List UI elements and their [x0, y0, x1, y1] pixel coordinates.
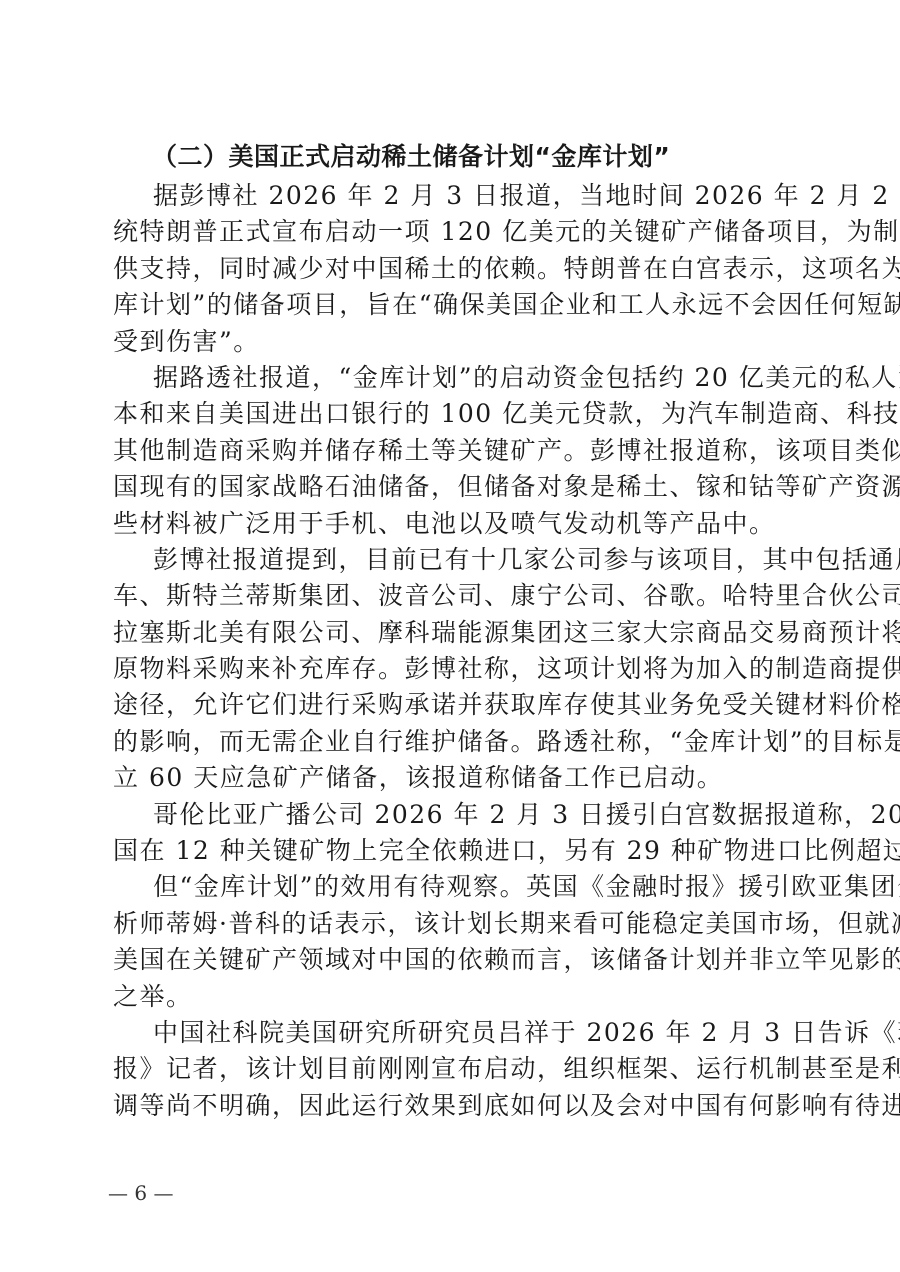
paragraph-2-line-2: 本和来自美国进出口银行的 100 亿美元贷款，为汽车制造商、科技公司及 — [113, 396, 789, 432]
paragraph-3-line-5: 途径，允许它们进行采购承诺并获取库存使其业务免受关键材料价格波动 — [113, 687, 789, 723]
paragraph-3-line-6: 的影响，而无需企业自行维护储备。路透社称，“金库计划”的目标是建 — [113, 724, 789, 760]
paragraph-1-line-5: 受到伤害”。 — [113, 324, 789, 360]
paragraph-5-line-4: 之举。 — [113, 979, 789, 1015]
paragraph-1-line-1: 据彭博社 2026 年 2 月 3 日报道，当地时间 2026 年 2 月 2 … — [113, 178, 789, 214]
paragraph-3-line-7: 立 60 天应急矿产储备，该报道称储备工作已启动。 — [113, 760, 789, 796]
paragraph-3-line-4: 原物料采购来补充库存。彭博社称，这项计划将为加入的制造商提供一种 — [113, 651, 789, 687]
paragraph-3-line-2: 车、斯特兰蒂斯集团、波音公司、康宁公司、谷歌。哈特里合伙公司、特 — [113, 578, 789, 614]
paragraph-6-line-3: 调等尚不明确，因此运行效果到底如何以及会对中国有何影响有待进一步 — [113, 1088, 789, 1124]
paragraph-4-line-2: 国在 12 种关键矿物上完全依赖进口，另有 29 种矿物进口比例超过 50%。 — [113, 833, 789, 869]
paragraph-5-line-2: 析师蒂姆·普科的话表示，该计划长期来看可能稳定美国市场，但就减少 — [113, 906, 789, 942]
paragraph-4-line-1: 哥伦比亚广播公司 2026 年 2 月 3 日援引白宫数据报道称，2024 年美 — [113, 797, 789, 833]
paragraph-6-line-1: 中国社科院美国研究所研究员吕祥于 2026 年 2 月 3 日告诉《环球时 — [113, 1015, 789, 1051]
section-heading: （二）美国正式启动稀土储备计划“金库计划” — [152, 142, 670, 172]
paragraph-1-line-2: 统特朗普正式宣布启动一项 120 亿美元的关键矿产储备项目，为制造商提 — [113, 214, 789, 250]
paragraph-5-line-1: 但“金库计划”的效用有待观察。英国《金融时报》援引欧亚集团分 — [113, 869, 789, 905]
paragraph-2-line-5: 些材料被广泛用于手机、电池以及喷气发动机等产品中。 — [113, 506, 789, 542]
paragraph-1-line-4: 库计划”的储备项目，旨在“确保美国企业和工人永远不会因任何短缺而 — [113, 287, 789, 323]
paragraph-3-line-3: 拉塞斯北美有限公司、摩科瑞能源集团这三家大宗商品交易商预计将负责 — [113, 615, 789, 651]
page-number: — 6 — — [108, 1180, 173, 1206]
paragraph-6-line-2: 报》记者，该计划目前刚刚宣布启动，组织框架、运行机制甚至是利益协 — [113, 1051, 789, 1087]
paragraph-2-line-4: 国现有的国家战略石油储备，但储备对象是稀土、镓和钴等矿产资源，这 — [113, 469, 789, 505]
paragraph-5-line-3: 美国在关键矿产领域对中国的依赖而言，该储备计划并非立竿见影的变革 — [113, 942, 789, 978]
paragraph-2-line-1: 据路透社报道，“金库计划”的启动资金包括约 20 亿美元的私人资 — [113, 360, 789, 396]
paragraph-3-line-1: 彭博社报道提到，目前已有十几家公司参与该项目，其中包括通用汽 — [113, 542, 789, 578]
paragraph-2-line-3: 其他制造商采购并储存稀土等关键矿产。彭博社报道称，该项目类似于美 — [113, 433, 789, 469]
document-page: （二）美国正式启动稀土储备计划“金库计划” 据彭博社 2026 年 2 月 3 … — [0, 0, 900, 1272]
body-text: 据彭博社 2026 年 2 月 3 日报道，当地时间 2026 年 2 月 2 … — [113, 178, 789, 1124]
paragraph-1-line-3: 供支持，同时减少对中国稀土的依赖。特朗普在白宫表示，这项名为“金 — [113, 251, 789, 287]
